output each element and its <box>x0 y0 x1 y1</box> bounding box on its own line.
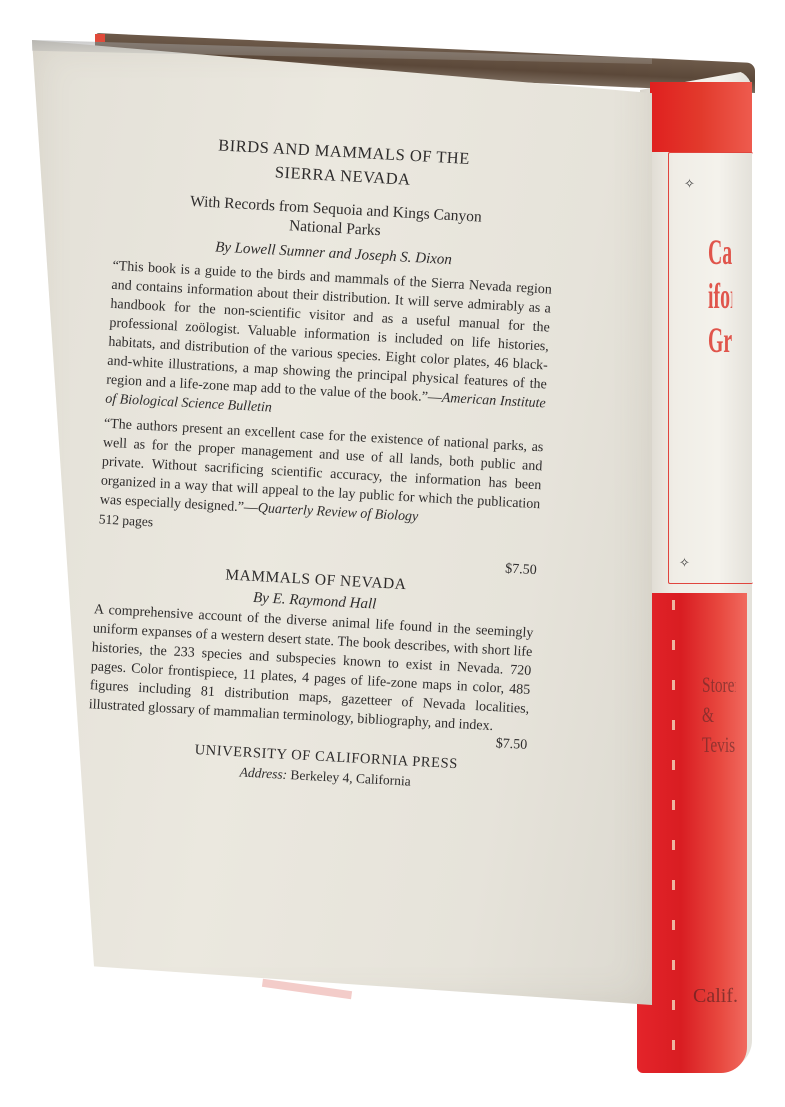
ornament-icon: ✧ <box>679 557 690 570</box>
spine-title-line: Grizzly <box>708 318 732 362</box>
ad2-description: A comprehensive account of the diverse a… <box>88 600 534 738</box>
ornament-icon: ✧ <box>684 178 695 191</box>
spine-author-line: Storer <box>702 670 736 700</box>
back-cover-text: BIRDS AND MAMMALS OF THE SIERRA NEVADA W… <box>85 128 559 796</box>
spine-title-line: Cal- <box>708 230 732 274</box>
spine-title-panel <box>668 152 753 584</box>
ad1-review-1: “This book is a guide to the birds and m… <box>105 257 553 433</box>
spine-title: Cal- ifornia Grizzly <box>708 230 732 362</box>
review-text: “This book is a guide to the birds and m… <box>106 259 552 406</box>
spine-author: Storer & Tevis <box>702 670 736 760</box>
address-label: Address: <box>239 764 287 782</box>
review-text: “The authors present an excellent case f… <box>99 417 543 516</box>
book-photo: ✧ ✧ Cal- ifornia Grizzly Storer & Tevis … <box>0 0 785 1107</box>
spine-publisher: Calif. <box>693 985 743 1008</box>
spine-author-line: & <box>702 700 736 730</box>
headband-mark <box>95 34 105 42</box>
spine-author-line: Tevis <box>702 730 736 760</box>
spine-red-band-top <box>650 82 752 152</box>
spine-title-line: ifornia <box>708 274 732 318</box>
spine-wear-marks <box>672 600 675 1070</box>
